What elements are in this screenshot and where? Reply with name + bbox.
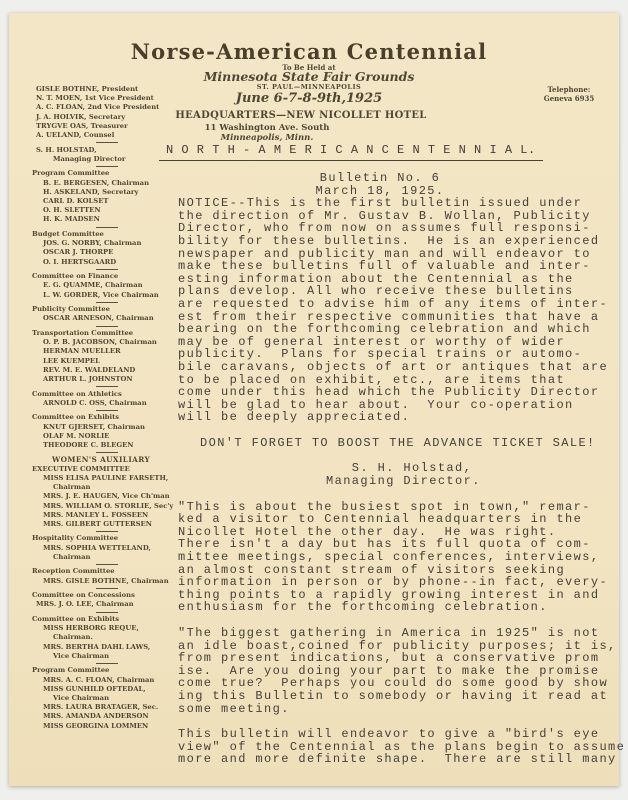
section-divider — [96, 410, 118, 411]
roster-line: MRS. WILLIAM O. STORLIE, Sec'y — [32, 502, 186, 511]
roster-line: HERMAN MUELLER — [32, 347, 186, 356]
committee-block: Transportation CommitteeO. P. B. JACOBSO… — [32, 329, 186, 384]
committee-title: WOMEN'S AUXILIARY — [32, 455, 186, 464]
roster-line: MRS. GISLE BOTHNE, Chairman — [32, 577, 186, 586]
roster-line: LEE KUEMPEL — [32, 357, 186, 366]
committee-title: Publicity Committee — [32, 305, 186, 314]
address-line: 11 Washington Ave. South — [205, 123, 330, 133]
typed-heading: N O R T H - A M E R I C A N C E N T E N … — [159, 143, 543, 161]
telephone-info: Telephone: Geneva 6935 — [535, 85, 603, 103]
committee-title: Program Committee — [32, 666, 186, 675]
roster-line: MRS. GILBERT GUTTERSEN — [32, 520, 186, 529]
committee-block: Budget CommitteeJOS. G. NORBY, ChairmanO… — [32, 230, 186, 267]
roster-line: O. H. SLETTEN — [32, 206, 186, 215]
committee-roster: GISLE BOTHNE, PresidentN. T. MOEN, 1st V… — [32, 85, 186, 731]
roster-line: GISLE BOTHNE, President — [32, 85, 186, 94]
section-divider — [96, 531, 118, 532]
organization-title: Norse-American Centennial — [131, 39, 488, 64]
section-divider — [96, 588, 118, 589]
roster-line: MRS. J. E. HAUGEN, Vice Ch'man — [32, 492, 186, 501]
committee-title: Committee on Concessions — [32, 591, 186, 600]
roster-line: Chairman — [32, 483, 186, 492]
committee-title: Committee on Athletics — [32, 390, 186, 399]
committee-title: Budget Committee — [32, 230, 186, 239]
roster-line: MISS GUNHILD OFTEDAL, — [32, 685, 186, 694]
roster-line: A. C. FLOAN, 2nd Vice President — [32, 103, 186, 112]
bulletin-title: Bulletin No. 6 March 18, 1925. — [212, 172, 548, 197]
roster-line: MISS ELISA PAULINE FARSETH, — [32, 474, 186, 483]
committee-block: WOMEN'S AUXILIARYEXECUTIVE COMMITTEEMISS… — [32, 455, 186, 529]
committee-block: Committee on ExhibitsMISS HERBORG REQUE,… — [32, 615, 186, 661]
slogan-line: DON'T FORGET TO BOOST THE ADVANCE TICKET… — [178, 437, 616, 450]
committee-title: Hospitality Committee — [32, 534, 186, 543]
telephone-number: Geneva 6935 — [535, 94, 603, 103]
committee-title: Transportation Committee — [32, 329, 186, 338]
roster-line: THEODORE C. BLEGEN — [32, 441, 186, 450]
roster-line: CARL D. KOLSET — [32, 197, 186, 206]
roster-line: E. G. QUAMME, Chairman — [32, 281, 186, 290]
committee-block: Committee on ExhibitsKNUT GJERSET, Chair… — [32, 413, 186, 450]
section-divider — [96, 227, 118, 228]
roster-line: J. A. HOLVIK, Secretary — [32, 113, 186, 122]
roster-line: H. ASKELAND, Secretary — [32, 188, 186, 197]
roster-line: Chairman — [32, 553, 186, 562]
city-line: Minneapolis, Minn. — [221, 133, 314, 143]
cities-line: ST. PAUL—MINNEAPOLIS — [257, 83, 361, 91]
dates-line: June 6-7-8-9th,1925 — [236, 91, 382, 106]
body-paragraph: "This is about the busiest spot in town,… — [178, 501, 616, 614]
roster-line: ARTHUR L. JOHNSTON — [32, 375, 186, 384]
roster-line: S. H. HOLSTAD, — [32, 146, 186, 155]
committee-title: Committee on Exhibits — [32, 413, 186, 422]
committee-block: Committee on FinanceE. G. QUAMME, Chairm… — [32, 272, 186, 300]
roster-line: OLAF M. NORLIE — [32, 432, 186, 441]
committee-title: EXECUTIVE COMMITTEE — [32, 465, 186, 474]
roster-line: JOS. G. NORBY, Chairman — [32, 239, 186, 248]
committee-title: Committee on Exhibits — [32, 615, 186, 624]
committee-block: Committee on AthleticsARNOLD C. OSS, Cha… — [32, 390, 186, 408]
section-divider — [96, 564, 118, 565]
roster-line: OSCAR J. THORPE — [32, 248, 186, 257]
roster-line: H. K. MADSEN — [32, 215, 186, 224]
roster-line: N. T. MOEN, 1st Vice President — [32, 94, 186, 103]
committee-block: Reception CommitteeMRS. GISLE BOTHNE, Ch… — [32, 567, 186, 585]
roster-line: O. I. HERTSGAARD — [32, 258, 186, 267]
roster-line: MRS. BERTHA DAHL LAWS, — [32, 643, 186, 652]
roster-line: REV. M. E. WALDELAND — [32, 366, 186, 375]
section-divider — [96, 663, 118, 664]
scan-background: Norse-American Centennial To Be Held at … — [0, 0, 628, 800]
section-divider — [96, 269, 118, 270]
committee-block: Hospitality CommitteeMRS. SOPHIA WETTELA… — [32, 534, 186, 562]
committee-block: Publicity CommitteeOSCAR ARNESON, Chairm… — [32, 305, 186, 323]
roster-line: KNUT GJERSET, Chairman — [32, 423, 186, 432]
section-divider — [96, 166, 118, 167]
roster-line: A. UELAND, Counsel — [32, 131, 186, 140]
committee-title: Reception Committee — [32, 567, 186, 576]
roster-line: Vice Chairman — [32, 652, 186, 661]
roster-line: OSCAR ARNESON, Chairman — [32, 314, 186, 323]
committee-block: S. H. HOLSTAD,Managing Director — [32, 146, 186, 164]
roster-line: B. E. BERGESEN, Chairman — [32, 179, 186, 188]
roster-line: Vice Chairman — [32, 694, 186, 703]
roster-line: TRYGVE OAS, Treasurer — [32, 122, 186, 131]
roster-line: L. W. GORDER, Vice Chairman — [32, 291, 186, 300]
body-paragraph: This bulletin will endeavor to give a "b… — [178, 728, 616, 766]
roster-line: MRS. J. O. LEE, Chairman — [32, 600, 186, 609]
roster-line: MISS HERBORG REQUE, — [32, 624, 186, 633]
roster-line: MRS. SOPHIA WETTELAND, — [32, 544, 186, 553]
roster-line: MRS. A. C. FLOAN, Chairman — [32, 676, 186, 685]
roster-line: MRS. MANLEY L. FOSSEEN — [32, 511, 186, 520]
section-divider — [96, 142, 118, 143]
body-paragraph: NOTICE--This is the first bulletin issue… — [178, 197, 616, 424]
bulletin-page: Norse-American Centennial To Be Held at … — [9, 13, 619, 786]
telephone-label: Telephone: — [535, 85, 603, 94]
committee-block: Program CommitteeB. E. BERGESEN, Chairma… — [32, 169, 186, 224]
body-paragraph: "The biggest gathering in America in 192… — [178, 627, 616, 715]
signature-block: S. H. Holstad, Managing Director. — [178, 462, 616, 487]
roster-line: MRS. AMANDA ANDERSON — [32, 712, 186, 721]
committee-block: Committee on ConcessionsMRS. J. O. LEE, … — [32, 591, 186, 609]
roster-line: MISS GEORGINA LOMMEN — [32, 722, 186, 731]
roster-line: MRS. LAURA BRATAGER, Sec. — [32, 703, 186, 712]
committee-block: GISLE BOTHNE, PresidentN. T. MOEN, 1st V… — [32, 85, 186, 140]
committee-title: Program Committee — [32, 169, 186, 178]
roster-line: O. P. B. JACOBSON, Chairman — [32, 338, 186, 347]
headquarters-line: HEADQUARTERS—NEW NICOLLET HOTEL — [175, 110, 426, 121]
committee-title: Committee on Finance — [32, 272, 186, 281]
bulletin-body: Bulletin No. 6 March 18, 1925.NOTICE--Th… — [178, 172, 616, 766]
section-divider — [96, 612, 118, 613]
section-divider — [96, 302, 118, 303]
roster-line: Chairman. — [32, 633, 186, 642]
venue-line: Minnesota State Fair Grounds — [204, 69, 415, 84]
section-divider — [96, 386, 118, 387]
committee-block: Program CommitteeMRS. A. C. FLOAN, Chair… — [32, 666, 186, 730]
roster-line: Managing Director — [32, 155, 186, 164]
section-divider — [96, 452, 118, 453]
roster-line: ARNOLD C. OSS, Chairman — [32, 399, 186, 408]
section-divider — [96, 326, 118, 327]
